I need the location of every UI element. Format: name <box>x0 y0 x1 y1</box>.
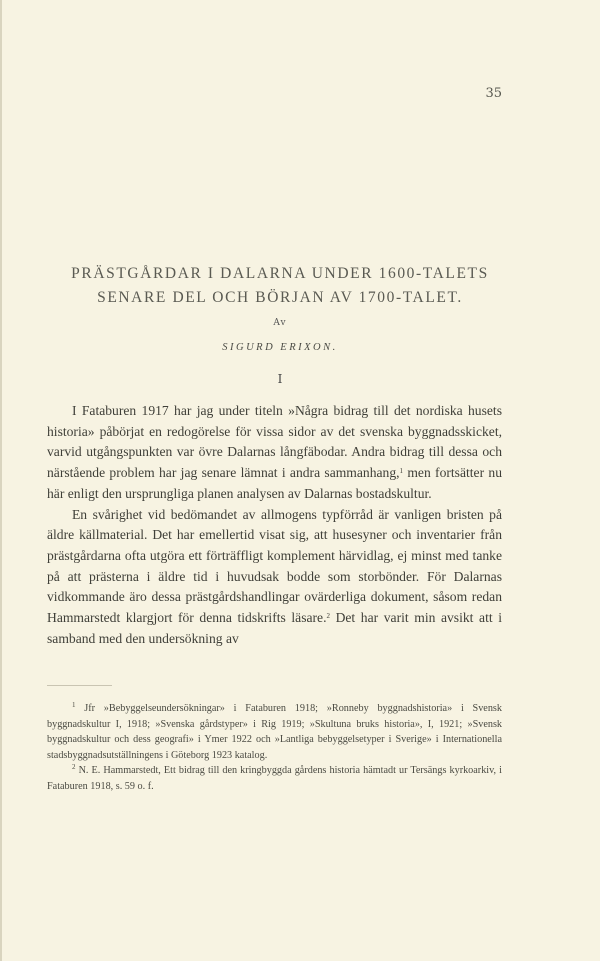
paragraph: I Fataburen 1917 har jag under titeln »N… <box>47 401 502 505</box>
byline-prefix: Av <box>40 318 520 328</box>
page-edge <box>0 0 2 961</box>
footnote: 2 N. E. Hammarstedt, Ett bidrag till den… <box>47 763 502 794</box>
page-number: 35 <box>485 86 502 101</box>
article-title: PRÄSTGÅRDAR I DALARNA UNDER 1600-TALETS … <box>40 262 520 310</box>
body-text: I Fataburen 1917 har jag under titeln »N… <box>47 401 502 649</box>
paragraph-text: En svårighet vid bedömandet av allmogens… <box>47 507 502 626</box>
footnotes: 1 Jfr »Bebyggelseundersökningar» i Fatab… <box>47 701 502 795</box>
title-line-2: SENARE DEL OCH BÖRJAN AV 1700-TALET. <box>40 286 520 310</box>
footnote-text: Jfr »Bebyggelseundersökningar» i Fatabur… <box>47 703 502 761</box>
footnote-text: N. E. Hammarstedt, Ett bidrag till den k… <box>47 765 502 792</box>
title-line-1: PRÄSTGÅRDAR I DALARNA UNDER 1600-TALETS <box>40 262 520 286</box>
paragraph: En svårighet vid bedömandet av allmogens… <box>47 505 502 650</box>
footnote-divider <box>47 685 112 686</box>
footnote: 1 Jfr »Bebyggelseundersökningar» i Fatab… <box>47 701 502 763</box>
author-name: SIGURD ERIXON. <box>40 342 520 353</box>
section-number: I <box>40 372 520 386</box>
